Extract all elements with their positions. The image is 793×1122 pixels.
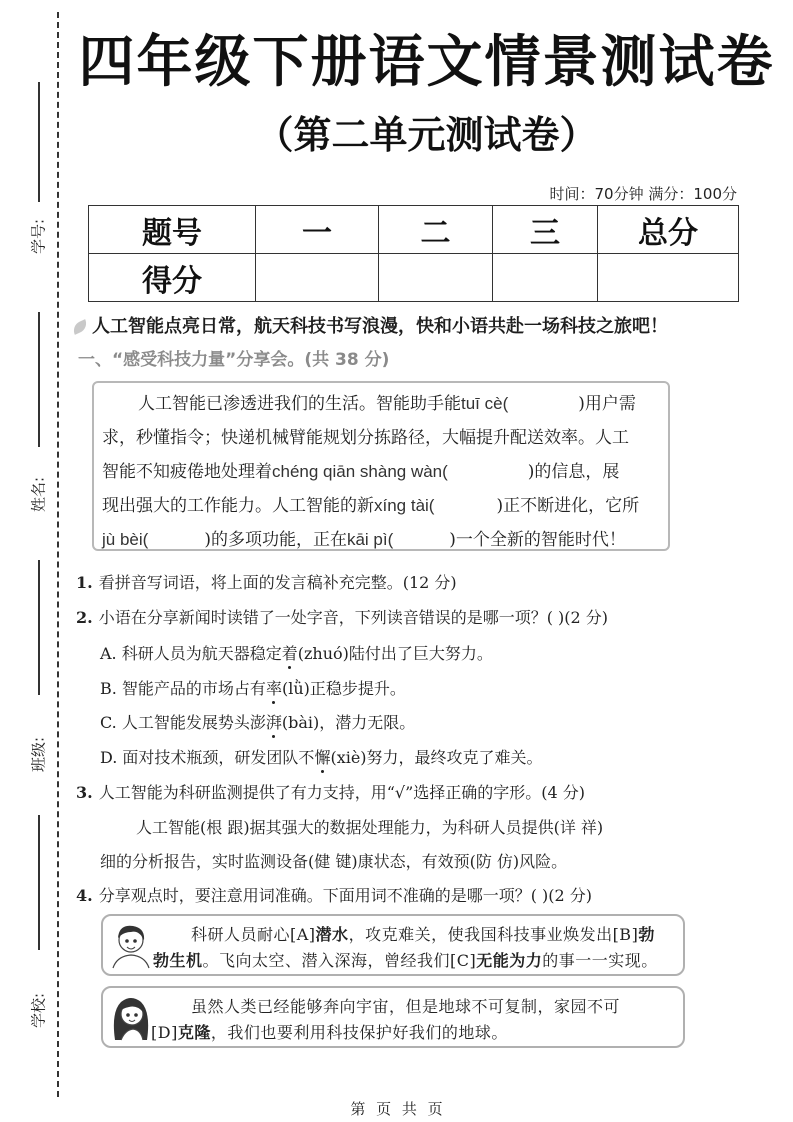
score-table-header-row: 题号 一 二 三 总分	[89, 206, 739, 254]
intro-text: 人工智能点亮日常，航天科技书写浪漫，快和小语共赴一场科技之旅吧！	[92, 316, 668, 337]
question-1: 1.看拼音写词语，将上面的发言稿补充完整。(12 分)	[76, 570, 457, 593]
question-2-option-c[interactable]: C. 人工智能发展势头澎湃(bài)，潜力无限。	[100, 710, 415, 733]
section-1-heading: 一、“感受科技力量”分享会。(共 38 分)	[78, 345, 389, 370]
bubble-2-line-1: 虽然人类已经能够奔向宇宙，但是地球不可复制，家园不可	[191, 994, 620, 1017]
page-subtitle: （第二单元测试卷）	[60, 110, 793, 160]
name-label: 姓名:	[28, 477, 49, 513]
question-3-line-1[interactable]: 人工智能(根 跟)据其强大的数据处理能力，为科研人员提供(详 祥)	[136, 815, 603, 838]
score-cell-total[interactable]	[598, 254, 739, 302]
passage-line-5: jù bèi()的多项功能，正在kāi pì()一个全新的智能时代！	[102, 523, 660, 557]
score-cell-part-3[interactable]	[493, 254, 598, 302]
student-id-line[interactable]	[38, 82, 40, 202]
bubble-1-line-1: 科研人员耐心[A]潜水，攻克难关，使我国科技事业焕发出[B]勃	[191, 922, 655, 945]
bubble-2-line-2: [D]克隆，我们也要利用科技保护好我们的地球。	[151, 1020, 508, 1043]
intro-line: 人工智能点亮日常，航天科技书写浪漫，快和小语共赴一场科技之旅吧！	[72, 312, 668, 338]
option-a-word: 潜水	[316, 925, 349, 944]
score-cell-part-1[interactable]	[256, 254, 379, 302]
header-cell-part-2: 二	[379, 206, 493, 254]
passage-line-3: 智能不知疲倦地处理着chéng qiān shàng wàn()的信息，展	[102, 455, 660, 489]
speech-passage-box: 人工智能已渗透进我们的生活。智能助手能tuī cè()用户需 求，秒懂指令；快递…	[92, 381, 670, 551]
option-c-word: 无能为力	[476, 951, 542, 970]
header-cell-question-no: 题号	[89, 206, 256, 254]
page-title: 四年级下册语文情景测试卷	[60, 28, 793, 98]
pinyin-tui-ce: tuī cè(	[461, 394, 508, 413]
exam-meta: 时间：70分钟 满分：100分	[550, 183, 738, 204]
passage-line-2: 求，秒懂指令；快递机械臂能规划分拣路径，大幅提升配送效率。人工	[102, 421, 660, 455]
page-footer: 第 页 共 页	[0, 1098, 793, 1119]
girl-avatar-icon	[109, 992, 153, 1042]
score-row-label: 得分	[89, 254, 256, 302]
pinyin-kai-pi: kāi pì(	[347, 530, 393, 549]
score-table-score-row: 得分	[89, 254, 739, 302]
bubble-1-line-2: 勃生机。飞向太空、潜入深海，曾经我们[C]无能为力的事一一实现。	[153, 948, 658, 971]
leaf-icon	[71, 319, 90, 335]
school-label: 学校:	[28, 993, 49, 1029]
question-2-option-a[interactable]: A. 科研人员为航天器稳定着(zhuó)陆付出了巨大努力。	[100, 641, 493, 664]
pinyin-ju-bei: jù bèi(	[102, 530, 148, 549]
question-2-option-d[interactable]: D. 面对技术瓶颈，研发团队不懈(xiè)努力，最终攻克了难关。	[100, 745, 543, 768]
pinyin-xing-tai: xíng tài(	[374, 496, 434, 515]
header-cell-part-3: 三	[493, 206, 598, 254]
header-cell-total: 总分	[598, 206, 739, 254]
question-2-option-b[interactable]: B. 智能产品的市场占有率(lǜ)正稳步提升。	[100, 676, 406, 699]
pinyin-cheng-qian-shang-wan: chéng qiān shàng wàn(	[272, 462, 448, 481]
option-d-word: 克隆	[178, 1023, 211, 1042]
boy-avatar-icon	[109, 920, 153, 970]
header-cell-part-1: 一	[256, 206, 379, 254]
speech-bubble-boy: 科研人员耐心[A]潜水，攻克难关，使我国科技事业焕发出[B]勃 勃生机。飞向太空…	[101, 914, 685, 976]
question-4: 4.分享观点时，要注意用词准确。下面用词不准确的是哪一项？( )(2 分)	[76, 883, 592, 906]
question-3: 3.人工智能为科研监测提供了有力支持，用“√”选择正确的字形。(4 分)	[76, 780, 585, 803]
student-id-label: 学号:	[28, 219, 49, 255]
class-label: 班级:	[28, 737, 49, 773]
passage-line-1: 人工智能已渗透进我们的生活。智能助手能tuī cè()用户需	[102, 387, 660, 421]
name-line-upper	[38, 312, 40, 447]
school-line[interactable]	[38, 815, 40, 950]
class-line[interactable]	[38, 560, 40, 695]
question-3-line-2[interactable]: 细的分析报告，实时监测设备(健 键)康状态，有效预(防 仿)风险。	[100, 849, 567, 872]
option-b-word: 勃生机	[153, 951, 203, 970]
speech-bubble-girl: 虽然人类已经能够奔向宇宙，但是地球不可复制，家园不可 [D]克隆，我们也要利用科…	[101, 986, 685, 1048]
binding-dashed-line	[57, 12, 59, 1097]
passage-line-4: 现出强大的工作能力。人工智能的新xíng tài()正不断进化，它所	[102, 489, 660, 523]
score-cell-part-2[interactable]	[379, 254, 493, 302]
question-2: 2.小语在分享新闻时读错了一处字音，下列读音错误的是哪一项？( )(2 分)	[76, 605, 608, 628]
score-table: 题号 一 二 三 总分 得分	[88, 205, 739, 302]
